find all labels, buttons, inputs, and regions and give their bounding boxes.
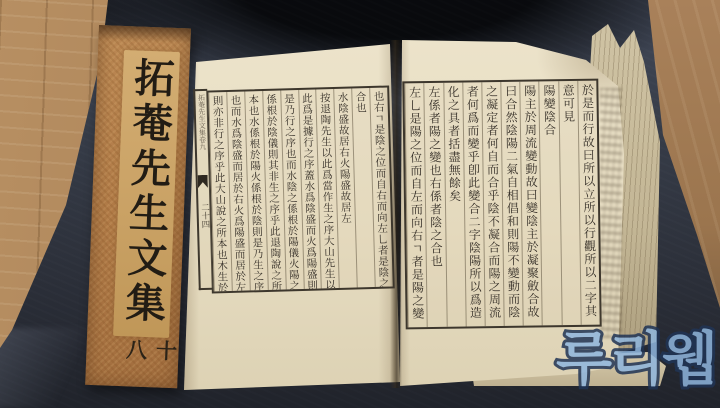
ink-bleed-smudge xyxy=(600,88,622,338)
text-column: 陽變陰合 xyxy=(539,81,562,325)
right-page-text-block: 於是而行故曰所以立所以行觀所以二字其意可見陽變陰合陽主於周流變動故曰變陰主於凝聚… xyxy=(402,79,601,330)
closed-volume-cover: 拓菴先生文集 十八 xyxy=(85,25,191,388)
fishtail-mark-icon xyxy=(198,175,208,188)
cover-title-calligraphy: 拓菴先生文集 xyxy=(113,56,179,328)
text-column: 左乚是陽之位而自左而向右ㄱ者是陽之變 xyxy=(404,83,427,327)
text-column: 陽主於周流變動故曰變陰主於凝聚斂合故 xyxy=(520,81,543,325)
text-column: 者何爲而變乎卽此變合二字陰陽所以爲造 xyxy=(462,82,485,326)
text-column: 化之具者括盡無餘矣 xyxy=(443,83,466,327)
cover-title-slip: 拓菴先生文集 xyxy=(113,50,180,338)
text-column: 意可見 xyxy=(558,81,581,325)
spine-page-number: 二十四 xyxy=(199,203,210,229)
text-column: 於是而行故曰所以立所以行觀所以二字其 xyxy=(577,81,600,325)
left-page-text-block: 也右ㄱ是陰之位而自右而向左乚者是陰之合也水陰盛故居右火陽盛故居左按退陶先生以此爲… xyxy=(206,85,395,293)
text-column: 之凝定者何自而合乎陰不凝合而陽之周流 xyxy=(481,82,504,326)
text-column: 曰合然陰陽二氣自相倡和則陽不變動而陰 xyxy=(500,82,523,326)
cover-volume-number: 十八 xyxy=(119,338,181,388)
text-column: 左係者陽之變也右係者陰之合也 xyxy=(424,83,447,327)
ruliweb-watermark: 루리웹 xyxy=(556,330,715,388)
spine-title: 拓菴先生文集卷九 xyxy=(196,94,208,150)
photo-of-antique-books: 拓菴先生文集 十八 於是而行故曰所以立所以行觀所以二字其意可見陽變陰合陽主於周流… xyxy=(0,0,720,408)
